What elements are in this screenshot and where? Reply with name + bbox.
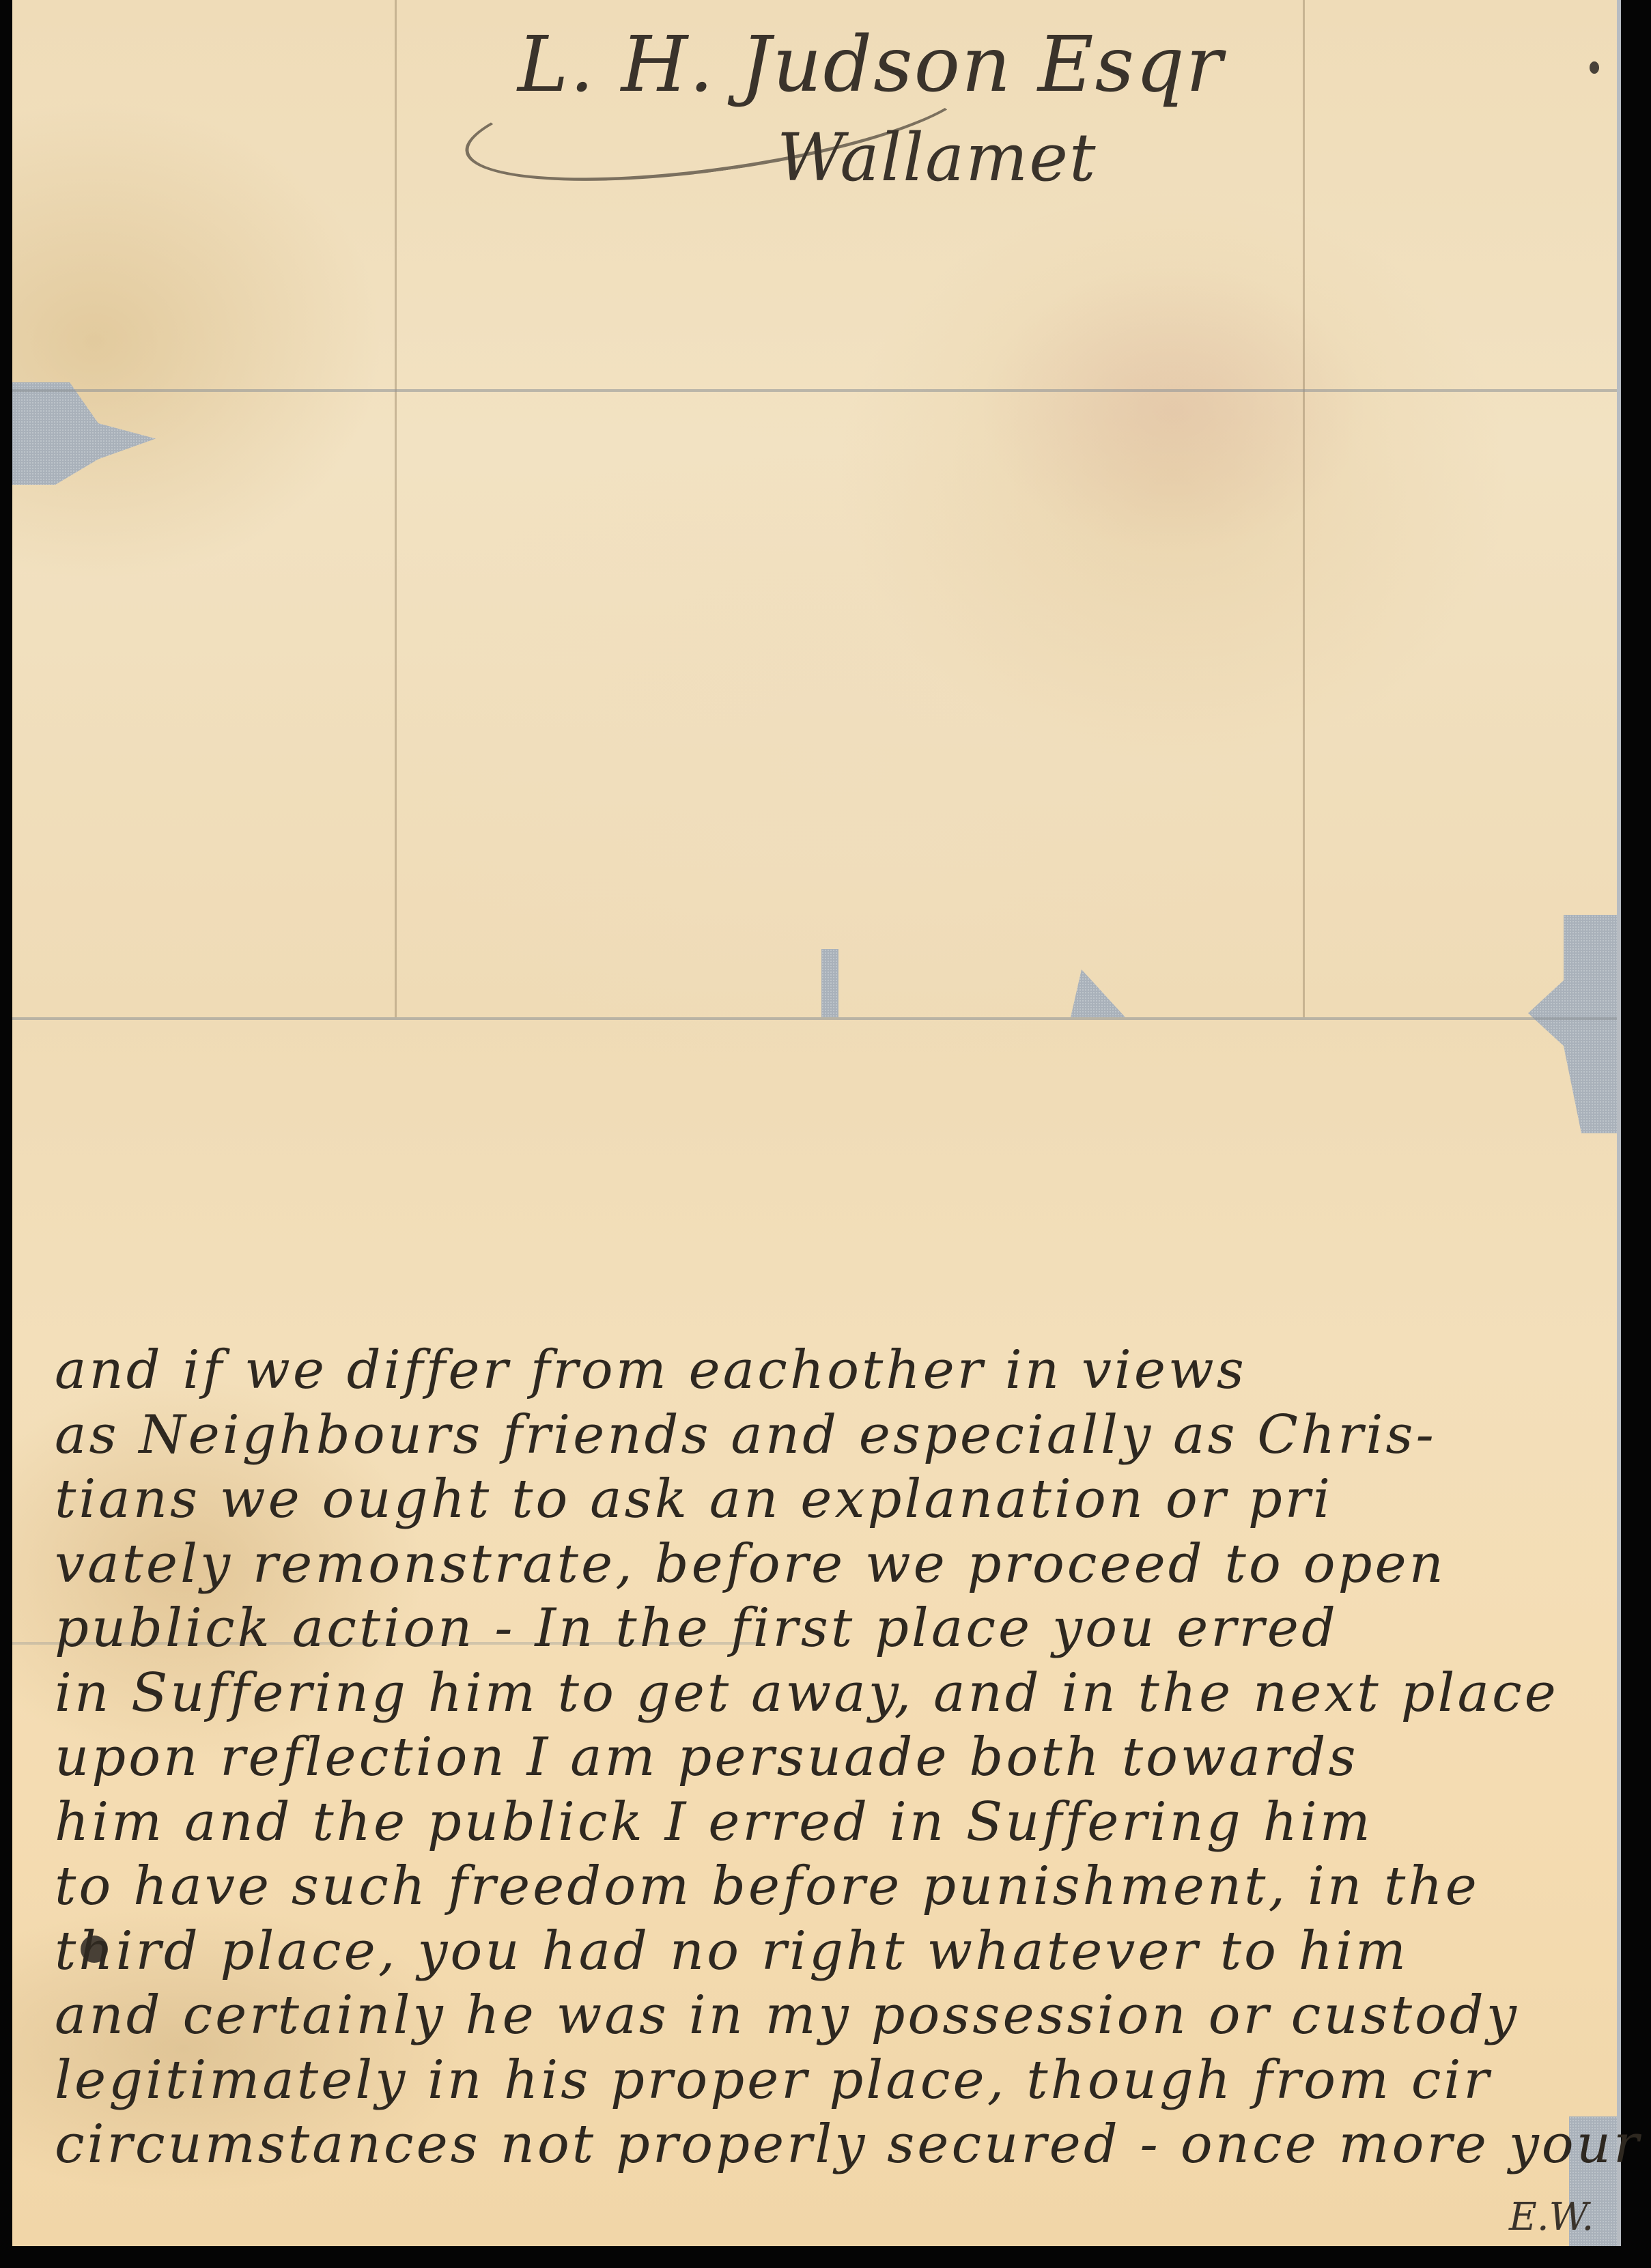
body-line: publick action - In the first place you … xyxy=(55,1596,1605,1661)
body-line: as Neighbours friends and especially as … xyxy=(55,1403,1605,1468)
body-line: in Suffering him to get away, and in the… xyxy=(55,1661,1605,1726)
body-line: third place, you had no right whatever t… xyxy=(55,1919,1605,1984)
fold-line-horizontal-top xyxy=(12,389,1617,392)
tissue-repair-center xyxy=(821,949,838,1017)
body-line: vately remonstrate, before we proceed to… xyxy=(55,1532,1605,1597)
fold-line-vertical-left xyxy=(395,0,397,1017)
fold-line-vertical-right xyxy=(1303,0,1305,1017)
body-line: tians we ought to ask an explanation or … xyxy=(55,1467,1605,1532)
address-name: L. H. Judson Esqr xyxy=(518,20,1224,109)
address-place: Wallamet xyxy=(777,119,1097,196)
body-line: and if we differ from eachother in views xyxy=(55,1338,1605,1403)
letter-body: and if we differ from eachother in views… xyxy=(55,1338,1605,2177)
body-line: circumstances not properly secured - onc… xyxy=(55,2112,1605,2177)
signature-mark: E.W. xyxy=(1509,2195,1594,2239)
body-line: him and the publick I erred in Suffering… xyxy=(55,1790,1605,1855)
body-line: upon reflection I am persuade both towar… xyxy=(55,1725,1605,1790)
body-line: to have such freedom before punishment, … xyxy=(55,1854,1605,1919)
body-line: legitimately in his proper place, though… xyxy=(55,2048,1605,2113)
tissue-repair-right xyxy=(1528,915,1617,1133)
tissue-repair-notch xyxy=(1071,969,1125,1017)
fold-line-horizontal-middle xyxy=(12,1017,1617,1020)
body-line: and certainly he was in my possession or… xyxy=(55,1983,1605,2048)
tissue-repair-left xyxy=(12,382,156,485)
ink-speck xyxy=(1590,61,1599,74)
